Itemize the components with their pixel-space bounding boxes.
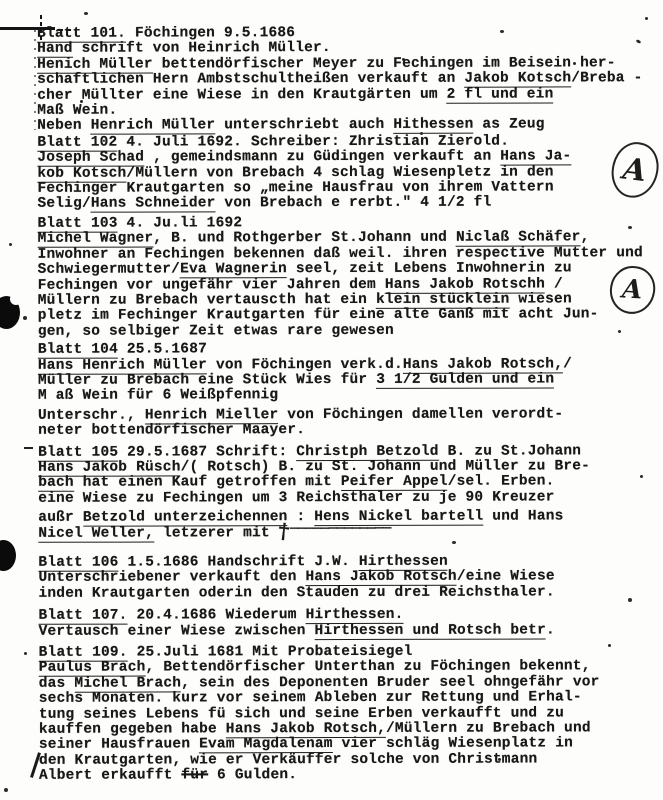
underlined-run: Hirthessen. bbox=[306, 607, 404, 624]
handwritten-mark: † bbox=[279, 530, 290, 531]
text-run: 20.4.1686 Wiederum bbox=[128, 607, 306, 623]
text-run: pletz im Fechinger Krautgarten für eine … bbox=[38, 307, 599, 324]
speck bbox=[9, 243, 12, 246]
text-line: eine Wiese zu Fechingen um 3 Reichsthale… bbox=[38, 490, 653, 507]
text-run: eine Wiese zu Fechingen um 3 Reichsthale… bbox=[38, 489, 554, 506]
underlined-run: Henrich Müller bbox=[91, 118, 216, 135]
text-run: 29.5.1687 Schrift: bbox=[118, 444, 296, 460]
text-run: seiner Hausfrauen bbox=[39, 737, 199, 753]
text-run: Föchingen 9.5.1686 bbox=[126, 25, 295, 41]
underlined-run: 3 1/2 Gulden und ein bbox=[376, 371, 554, 388]
speck bbox=[80, 100, 83, 103]
text-run: unterschriebt auch bbox=[215, 117, 393, 133]
document-body: Blatt 101. Föchingen 9.5.1686Hand schrif… bbox=[37, 25, 654, 784]
speck bbox=[24, 652, 27, 655]
text-run: und Hans bbox=[483, 509, 563, 525]
paragraph: Unterschr., Henrich Mieller von Föchinge… bbox=[38, 407, 653, 439]
text-line: Unterschr., Henrich Mieller von Föchinge… bbox=[38, 407, 653, 424]
text-run: /eine Wiese bbox=[457, 569, 555, 585]
text-run: /Breba - bbox=[571, 70, 642, 86]
text-line: Albert erkaufft für 6 Gulden. bbox=[39, 767, 654, 784]
text-line: Selig/Hans Schneider von Brebach e rerbt… bbox=[37, 196, 652, 213]
text-run: Unterschr., bbox=[38, 407, 145, 423]
underlined-run: Hans Schneider bbox=[91, 196, 216, 213]
text-run: 25.5.1687 bbox=[118, 341, 207, 357]
text-line: neter bottendörfischer Maayer. bbox=[38, 422, 653, 439]
annotation-letter: A bbox=[622, 274, 644, 305]
speck bbox=[84, 12, 88, 15]
text-run: Schwiegermutter/ bbox=[38, 262, 180, 278]
text-line: cher Müllter eine Wiese in den Krautgärt… bbox=[37, 87, 652, 104]
annotation-letter: A bbox=[621, 151, 648, 189]
text-run: das bbox=[39, 676, 75, 692]
text-run: Maß Wein. bbox=[37, 103, 117, 119]
speck bbox=[23, 316, 27, 320]
underlined-run: 2 fl und ein bbox=[447, 86, 554, 103]
paragraph: Blatt 109. 25.Juli 1681 Mit Probateisieg… bbox=[39, 644, 654, 784]
paragraph: außr Betzold unterzeichennen : Hens Nick… bbox=[38, 509, 653, 541]
text-run: , gemeindsmann zu Güdingen verkauft an bbox=[144, 149, 500, 166]
text-run: schaftlichen Hern Ambstschultheißen verk… bbox=[37, 71, 464, 88]
speck bbox=[645, 17, 648, 20]
speck bbox=[500, 30, 504, 33]
paragraph: Blatt 103 4. Ju.li 1692Michel Wagner, B.… bbox=[38, 215, 653, 340]
text-run: letzerer mit bbox=[154, 525, 279, 541]
text-run: schrift von Heinrich Müller. bbox=[73, 40, 331, 57]
paragraph: Blatt 104 25.5.1687Hans Henrich Müller v… bbox=[38, 341, 653, 404]
text-run: Selig/ bbox=[37, 196, 90, 212]
text-run: seel, zeit Lebens Inwohnerin zu bbox=[287, 261, 572, 278]
record-entry: Blatt 104 25.5.1687Hans Henrich Müller v… bbox=[38, 341, 653, 439]
paragraph: Blatt 105 29.5.1687 Schrift: Christph Be… bbox=[38, 444, 653, 507]
record-entry: Blatt 101. Föchingen 9.5.1686Hand schrif… bbox=[37, 25, 652, 134]
speck bbox=[608, 644, 611, 647]
record-entry: Blatt 105 29.5.1687 Schrift: Christph Be… bbox=[38, 444, 653, 542]
text-run: / bbox=[545, 276, 563, 292]
record-entry: Blatt 106 1.5.1686 Handschrift J.W. Hirt… bbox=[38, 554, 653, 602]
text-run: den Krautgarten, wie er Verkäuffer solch… bbox=[39, 751, 538, 768]
text-run: gen, so selbiger Zeit etwas rare gewesen bbox=[38, 323, 394, 340]
text-line: Vertausch einer Wiese zwischen Hirthesse… bbox=[39, 623, 654, 640]
hole-punch-mark bbox=[0, 540, 16, 571]
text-run: vier schläg Wiesenplatz in bbox=[333, 736, 573, 753]
paragraph: Blatt 106 1.5.1686 Handschrift J.W. Hirt… bbox=[38, 554, 653, 602]
speck bbox=[4, 788, 8, 792]
underlined-run: Hand bbox=[37, 41, 73, 58]
paragraph: Blatt 102 4. Juli 1692. Schreiber: Zhris… bbox=[37, 134, 652, 213]
speck bbox=[420, 132, 423, 135]
text-run: Albert erkaufft bbox=[39, 768, 181, 784]
struck-run: für bbox=[181, 768, 208, 784]
text-line: den Krautgarten, wie er Verkäuffer solch… bbox=[39, 752, 654, 769]
text-run: von Föchingen damellen verordt- bbox=[278, 406, 563, 423]
underlined-run: Jakob Kotsch bbox=[464, 71, 571, 88]
record-entry: Blatt 109. 25.Juli 1681 Mit Probateisieg… bbox=[39, 644, 654, 784]
speck bbox=[452, 541, 456, 544]
text-line: Nicel Weller, letzerer mit † ───────────… bbox=[38, 525, 653, 542]
text-run: cher Müllter eine Wiese in den Krautgärt… bbox=[37, 86, 447, 103]
text-run: , bbox=[581, 230, 590, 246]
text-run: 6 Gulden. bbox=[208, 767, 297, 783]
text-run: von Brebach e rerbt." 4 1/2 fl bbox=[215, 195, 491, 212]
record-entry: Blatt 102 4. Juli 1692. Schreiber: Zhris… bbox=[37, 134, 652, 213]
text-run: 4. Ju.li 1692 bbox=[118, 215, 243, 231]
underlined-run: Hithessen bbox=[393, 117, 473, 134]
underlined-run: Blatt 104 bbox=[38, 342, 118, 359]
record-entry: Blatt 103 4. Ju.li 1692Michel Wagner, B.… bbox=[38, 215, 653, 340]
speck bbox=[618, 330, 621, 333]
text-run: as Zeug bbox=[473, 117, 544, 133]
scanned-document-page: Blatt 101. Föchingen 9.5.1686Hand schrif… bbox=[0, 0, 663, 800]
text-run: Unterschriebener verkauft den bbox=[38, 570, 305, 587]
text-run: hat einen Kauf getroffen mit bbox=[74, 474, 341, 491]
text-line: gen, so selbiger Zeit etwas rare gewesen bbox=[38, 323, 653, 340]
text-run: wiesen bbox=[510, 291, 572, 307]
text-line: Neben Henrich Müller unterschriebt auch … bbox=[37, 118, 652, 135]
text-run: Müller zu Brebach eine Stück Wies für bbox=[38, 372, 376, 389]
binding-edge-dots bbox=[34, 30, 36, 130]
speck bbox=[628, 598, 632, 602]
paragraph: Blatt 107. 20.4.1686 Wiederum Hirthessen… bbox=[39, 607, 654, 639]
text-run: von Föchingen verk.d. bbox=[207, 356, 403, 373]
speck bbox=[402, 58, 405, 61]
text-run: , B. und Rothgerber St.Johann und bbox=[153, 230, 456, 247]
text-run: Neben bbox=[37, 118, 90, 134]
underlined-run: Nicel Weller, bbox=[38, 525, 154, 542]
text-run: neter bottendörfischer Maayer. bbox=[38, 422, 305, 439]
text-run: Vertausch einer Wiese zwischen bbox=[39, 623, 315, 640]
text-run: außr bbox=[38, 510, 83, 526]
text-run: B. zu St.Johann bbox=[439, 443, 581, 459]
speck bbox=[640, 475, 643, 478]
paragraph: Blatt 101. Föchingen 9.5.1686Hand schrif… bbox=[37, 25, 652, 134]
text-run: . bbox=[546, 622, 555, 638]
speck bbox=[573, 62, 576, 65]
speck bbox=[498, 758, 501, 761]
speck bbox=[628, 226, 632, 229]
text-run: inden Krautgarten oderin den Stauden zu … bbox=[38, 584, 554, 601]
text-line: inden Krautgarten oderin den Stauden zu … bbox=[38, 585, 653, 602]
text-run: M aß Wein für 6 Weißpfennig bbox=[38, 388, 278, 405]
text-run: , Bettendörfischer Unterthan zu Föchinge… bbox=[145, 659, 590, 676]
margin-dash-mark bbox=[24, 447, 33, 449]
hole-punch-mark bbox=[0, 296, 20, 329]
text-run: /sel. Erben. bbox=[448, 474, 555, 490]
underlined-run: Hirthessen und Rotsch betr bbox=[315, 622, 546, 640]
text-line: M aß Wein für 6 Weißpfennig bbox=[38, 388, 653, 405]
record-entry: Blatt 107. 20.4.1686 Wiederum Hirthessen… bbox=[39, 607, 654, 639]
text-line: Blatt 107. 20.4.1686 Wiederum Hirthessen… bbox=[39, 607, 654, 624]
text-run: / bbox=[563, 356, 572, 372]
text-run: Fechingen vor ungefähr vier Jahren dem bbox=[38, 276, 385, 293]
